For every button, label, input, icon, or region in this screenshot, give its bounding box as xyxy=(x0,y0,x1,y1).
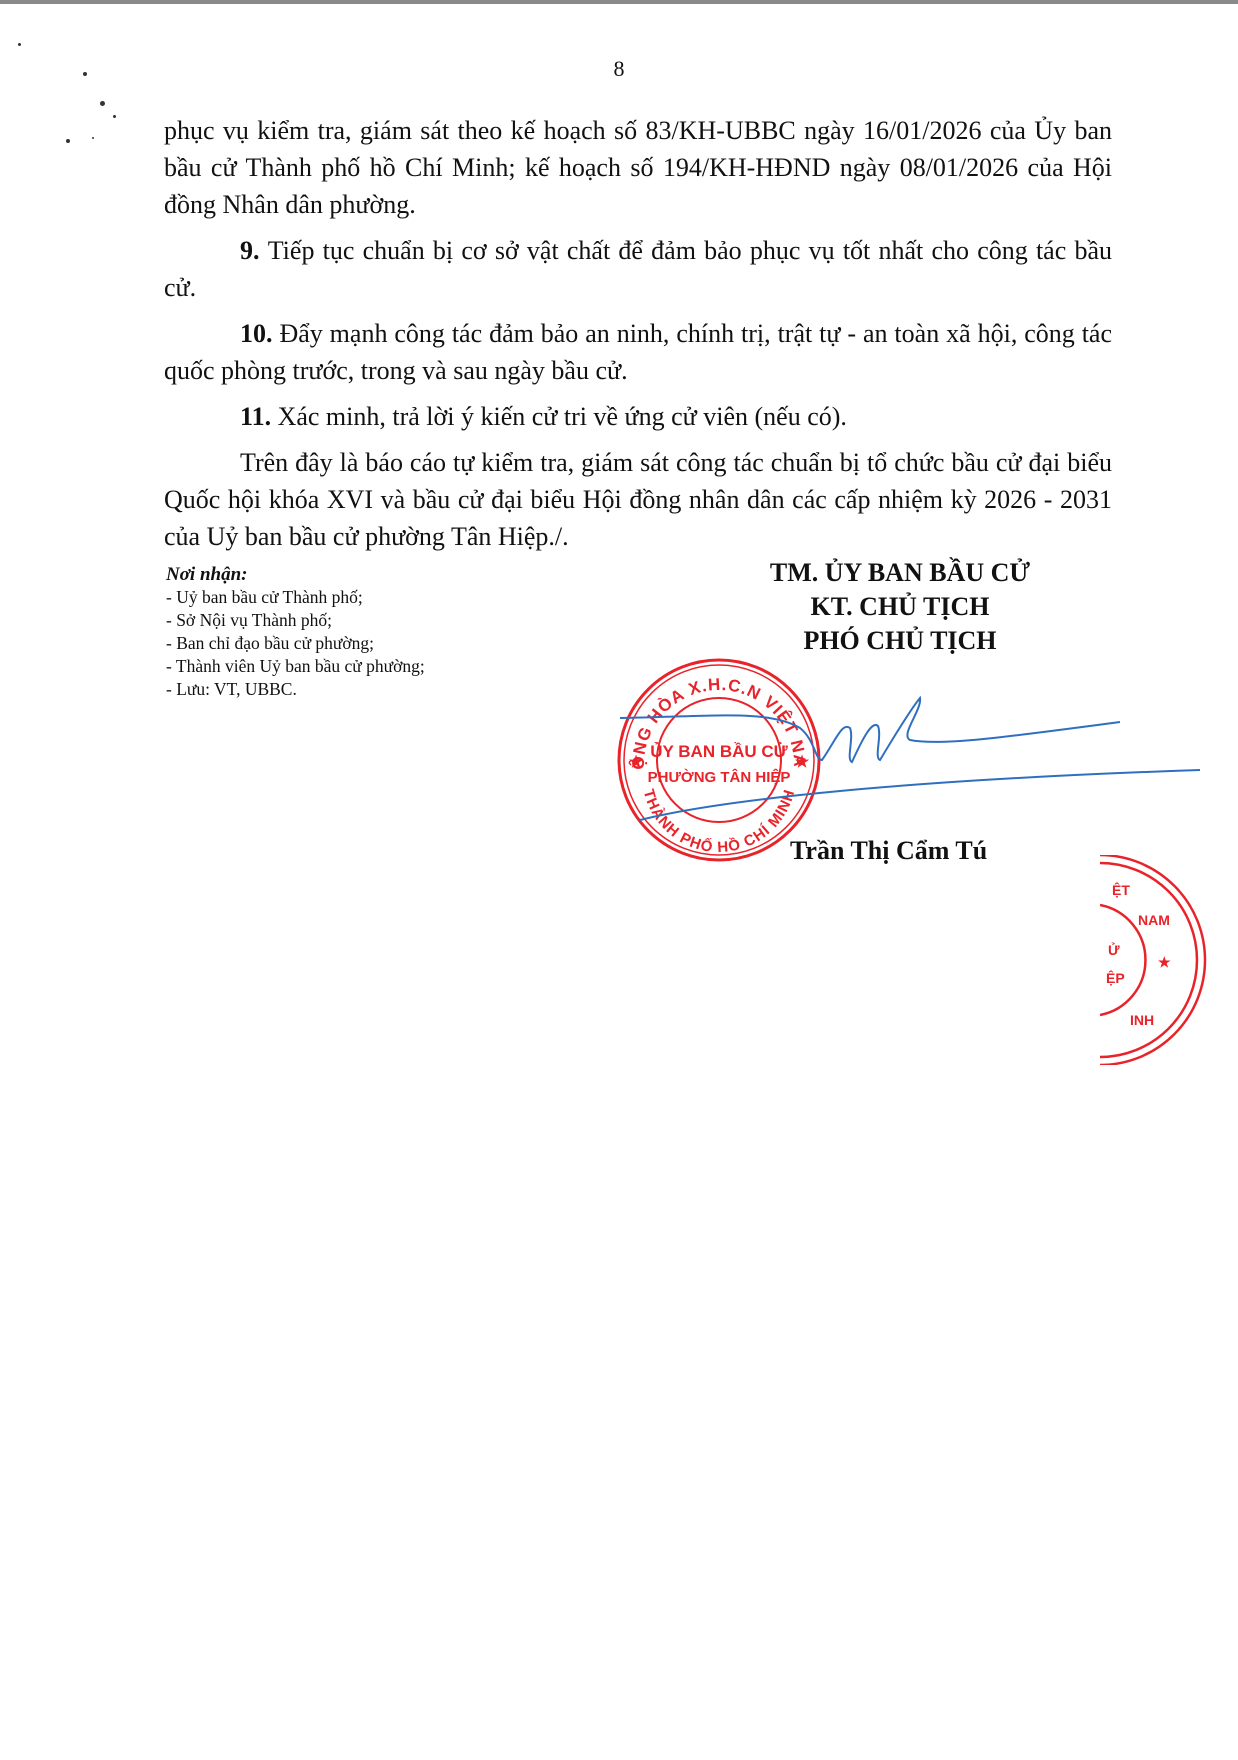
scan-speck xyxy=(92,137,94,139)
paragraph: 10. Đẩy mạnh công tác đảm bảo an ninh, c… xyxy=(164,315,1112,389)
scan-edge xyxy=(0,0,1238,4)
paragraph-text: phục vụ kiểm tra, giám sát theo kế hoạch… xyxy=(164,116,1112,219)
paragraph: 11. Xác minh, trả lời ý kiến cử tri về ứ… xyxy=(164,398,1112,435)
document-body: phục vụ kiểm tra, giám sát theo kế hoạch… xyxy=(164,112,1112,555)
paragraph-text: Đẩy mạnh công tác đảm bảo an ninh, chính… xyxy=(164,319,1112,385)
svg-text:★: ★ xyxy=(1158,954,1171,970)
svg-text:NAM: NAM xyxy=(1138,912,1170,928)
recipients-title: Nơi nhận: xyxy=(166,563,425,586)
item-number: 9. xyxy=(240,236,268,265)
signature-title-3: PHÓ CHỦ TỊCH xyxy=(700,624,1100,658)
svg-text:INH: INH xyxy=(1130,1012,1154,1028)
scan-speck xyxy=(66,139,70,143)
signer-name: Trần Thị Cẩm Tú xyxy=(790,836,987,866)
signature-block: TM. ỦY BAN BẦU CỬ KT. CHỦ TỊCH PHÓ CHỦ T… xyxy=(700,556,1100,658)
paragraph-text: Trên đây là báo cáo tự kiểm tra, giám sá… xyxy=(164,448,1112,551)
recipient-item: - Lưu: VT, UBBC. xyxy=(166,678,425,701)
svg-text:ỆT: ỆT xyxy=(1112,881,1130,898)
paragraph-text: Xác minh, trả lời ý kiến cử tri về ứng c… xyxy=(278,402,847,431)
handwritten-signature xyxy=(600,680,1220,830)
recipient-item: - Uỷ ban bầu cử Thành phố; xyxy=(166,586,425,609)
recipient-item: - Sở Nội vụ Thành phố; xyxy=(166,609,425,632)
paragraph: 9. Tiếp tục chuẩn bị cơ sở vật chất để đ… xyxy=(164,232,1112,306)
item-number: 11. xyxy=(240,402,278,431)
recipient-item: - Ban chỉ đạo bầu cử phường; xyxy=(166,632,425,655)
signature-title-1: TM. ỦY BAN BẦU CỬ xyxy=(700,556,1100,590)
scan-speck xyxy=(113,115,116,118)
paragraph-text: Tiếp tục chuẩn bị cơ sở vật chất để đảm … xyxy=(164,236,1112,302)
overlap-stamp-icon: ỆT NAM Ử ★ ỆP INH xyxy=(1100,855,1238,1065)
recipient-item: - Thành viên Uỷ ban bầu cử phường; xyxy=(166,655,425,678)
paragraph: Trên đây là báo cáo tự kiểm tra, giám sá… xyxy=(164,444,1112,555)
svg-text:Ử: Ử xyxy=(1108,941,1120,958)
paragraph: phục vụ kiểm tra, giám sát theo kế hoạch… xyxy=(164,112,1112,223)
svg-text:ỆP: ỆP xyxy=(1106,969,1125,986)
item-number: 10. xyxy=(240,319,279,348)
signature-title-2: KT. CHỦ TỊCH xyxy=(700,590,1100,624)
page-number: 8 xyxy=(0,56,1238,82)
recipients-block: Nơi nhận: - Uỷ ban bầu cử Thành phố;- Sở… xyxy=(166,563,425,701)
scan-speck xyxy=(18,43,21,46)
scan-speck xyxy=(100,101,105,106)
